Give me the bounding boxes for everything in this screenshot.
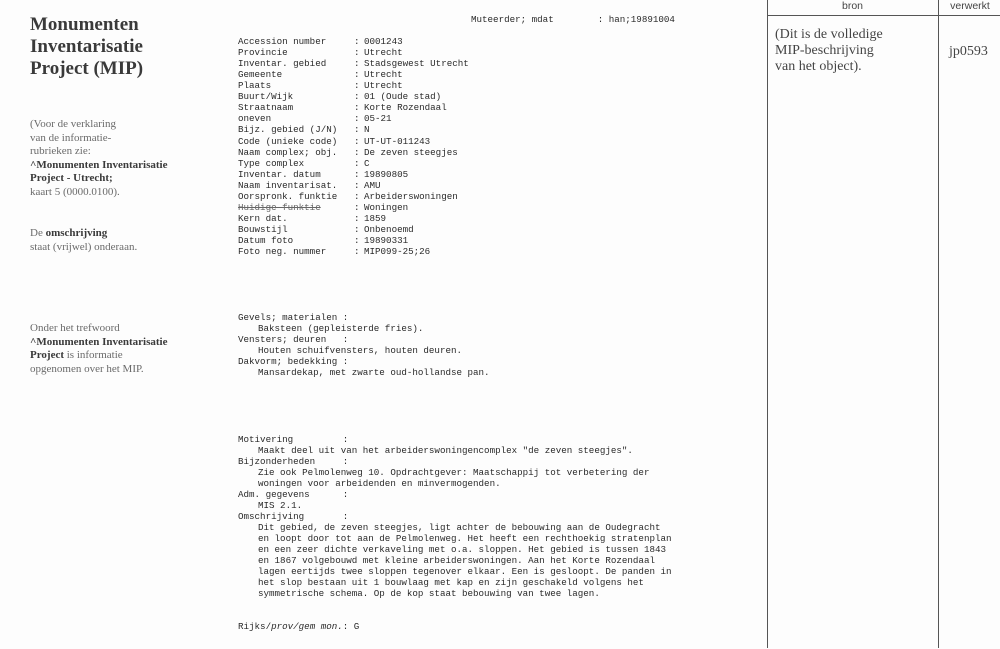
field-separator: :: [354, 136, 364, 147]
field-separator: :: [354, 113, 364, 124]
field-value: Woningen: [364, 202, 408, 213]
field-value: De zeven steegjes: [364, 147, 458, 158]
field-row: Foto neg. nummer:MIP099-25;26: [238, 246, 758, 257]
section-text: en 1867 volgebouwd met kleine arbeidersw…: [238, 555, 758, 566]
section-label: Bijzonderheden :: [238, 456, 758, 467]
document-title: Monumenten Inventarisatie Project (MIP): [30, 14, 230, 80]
field-separator: :: [354, 213, 364, 224]
section-text: lagen eertijds twee sloppen tegenover el…: [238, 566, 758, 577]
field-row: Inventar. datum:19890805: [238, 169, 758, 180]
verwerkt-cell: jp0593: [949, 44, 988, 60]
field-label: Buurt/Wijk: [238, 91, 354, 102]
field-row: Gemeente:Utrecht: [238, 69, 758, 80]
section-text: woningen voor arbeidenden en minvermogen…: [238, 478, 758, 489]
field-row: Oorspronk. funktie:Arbeiderswoningen: [238, 191, 758, 202]
field-label: Plaats: [238, 80, 354, 91]
field-value: 19890805: [364, 169, 408, 180]
note-line: kaart 5 (0000.0100).: [30, 186, 120, 198]
left-panel: Monumenten Inventarisatie Project (MIP) …: [30, 14, 230, 80]
field-value: 01 (Oude stad): [364, 91, 441, 102]
field-row: Type complex:C: [238, 158, 758, 169]
field-row: Straatnaam:Korte Rozendaal: [238, 102, 758, 113]
field-label: Datum foto: [238, 235, 354, 246]
field-value: N: [364, 124, 370, 135]
field-row: Kern dat.:1859: [238, 213, 758, 224]
note-line: rubrieken zie:: [30, 145, 91, 157]
reference-keyword: Project - Utrecht;: [30, 172, 113, 184]
field-row: Accession number:0001243: [238, 36, 758, 47]
footer-value: : G: [343, 621, 360, 632]
field-value: Utrecht: [364, 69, 403, 80]
field-value: Arbeiderswoningen: [364, 191, 458, 202]
side-table: bron verwerkt (Dit is de volledige MIP-b…: [767, 0, 1000, 648]
field-row: Datum foto:19890331: [238, 235, 758, 246]
field-label: Huidige funktie: [238, 202, 354, 213]
field-row: Huidige funktie:Woningen: [238, 202, 758, 213]
note-line: (Voor de verklaring: [30, 118, 116, 130]
section-list-materials: Gevels; materialen :Baksteen (gepleister…: [238, 312, 758, 378]
field-value: Utrecht: [364, 47, 403, 58]
field-separator: :: [354, 246, 364, 257]
footer-italic: prov/gem mon.: [271, 621, 343, 632]
note-text: is informatie: [64, 349, 123, 361]
field-label: Straatnaam: [238, 102, 354, 113]
field-separator: :: [354, 202, 364, 213]
section-label: Motivering :: [238, 434, 758, 445]
field-row: Naam complex; obj.:De zeven steegjes: [238, 147, 758, 158]
field-separator: :: [354, 180, 364, 191]
field-separator: :: [354, 102, 364, 113]
field-list: Accession number:0001243Provincie:Utrech…: [238, 36, 758, 257]
field-label: Provincie: [238, 47, 354, 58]
table-border-middle: [938, 0, 939, 648]
field-separator: :: [354, 124, 364, 135]
section-label: Dakvorm; bedekking :: [238, 356, 758, 367]
section-label: Vensters; deuren :: [238, 334, 758, 345]
section-list-description: Motivering :Maakt deel uit van het arbei…: [238, 434, 758, 600]
field-value: 0001243: [364, 36, 403, 47]
field-row: Code (unieke code):UT-UT-011243: [238, 136, 758, 147]
field-row: Naam inventarisat.:AMU: [238, 180, 758, 191]
column-header-verwerkt: verwerkt: [939, 0, 1000, 12]
field-label: Type complex: [238, 158, 354, 169]
reference-keyword: ^Monumenten Inventarisatie: [30, 159, 167, 171]
field-separator: :: [354, 36, 364, 47]
field-separator: :: [354, 158, 364, 169]
field-separator: :: [354, 69, 364, 80]
field-value: Korte Rozendaal: [364, 102, 447, 113]
field-value: AMU: [364, 180, 381, 191]
field-label: Inventar. datum: [238, 169, 354, 180]
reference-keyword: ^Monumenten Inventarisatie: [30, 336, 167, 348]
field-separator: :: [354, 235, 364, 246]
field-row: Provincie:Utrecht: [238, 47, 758, 58]
section-text: Zie ook Pelmolenweg 10. Opdrachtgever: M…: [238, 467, 758, 478]
field-row: Buurt/Wijk:01 (Oude stad): [238, 91, 758, 102]
monument-status: Rijks/prov/gem mon.: G: [238, 621, 758, 632]
field-label: Kern dat.: [238, 213, 354, 224]
field-separator: :: [354, 58, 364, 69]
field-separator: :: [354, 224, 364, 235]
field-row: Bijz. gebied (J/N):N: [238, 124, 758, 135]
section-label: Adm. gegevens :: [238, 489, 758, 500]
section-label: Omschrijving :: [238, 511, 758, 522]
field-value: 05-21: [364, 113, 392, 124]
record-body: Accession number:0001243Provincie:Utrech…: [238, 14, 758, 644]
table-header-border: [767, 15, 1000, 16]
note-text: De: [30, 227, 46, 239]
footer-prefix: Rijks/: [238, 621, 271, 632]
section-text: Baksteen (gepleisterde fries).: [238, 323, 758, 334]
field-label: Inventar. gebied: [238, 58, 354, 69]
section-text: Houten schuifvensters, houten deuren.: [238, 345, 758, 356]
field-value: Stadsgewest Utrecht: [364, 58, 469, 69]
note-line: van de informatie-: [30, 132, 111, 144]
keyword-note: Onder het trefwoord ^Monumenten Inventar…: [30, 322, 230, 376]
field-separator: :: [354, 91, 364, 102]
field-value: MIP099-25;26: [364, 246, 430, 257]
field-separator: :: [354, 147, 364, 158]
explanation-note: (Voor de verklaring van de informatie- r…: [30, 118, 230, 200]
field-label: Gemeente: [238, 69, 354, 80]
column-header-bron: bron: [767, 0, 938, 12]
note-line: staat (vrijwel) onderaan.: [30, 241, 137, 253]
field-value: C: [364, 158, 370, 169]
field-label: Bouwstijl: [238, 224, 354, 235]
field-label: Code (unieke code): [238, 136, 354, 147]
section-text: en loopt door tot aan de Pelmolenweg. He…: [238, 533, 758, 544]
field-separator: :: [354, 80, 364, 91]
field-row: Inventar. gebied:Stadsgewest Utrecht: [238, 58, 758, 69]
field-row: oneven:05-21: [238, 113, 758, 124]
field-label: Accession number: [238, 36, 354, 47]
bron-cell: (Dit is de volledige MIP-beschrijving va…: [775, 27, 883, 75]
note-line: Onder het trefwoord: [30, 322, 120, 334]
field-label: Foto neg. nummer: [238, 246, 354, 257]
field-value: 19890331: [364, 235, 408, 246]
field-value: UT-UT-011243: [364, 136, 430, 147]
table-border-left: [767, 0, 768, 648]
field-value: Utrecht: [364, 80, 403, 91]
field-separator: :: [354, 169, 364, 180]
note-keyword: omschrijving: [46, 227, 108, 239]
reference-keyword: Project: [30, 349, 64, 361]
section-text: en een zeer dichte verkaveling met o.a. …: [238, 544, 758, 555]
field-label: Oorspronk. funktie: [238, 191, 354, 202]
section-label: Gevels; materialen :: [238, 312, 758, 323]
field-value: 1859: [364, 213, 386, 224]
field-value: Onbenoemd: [364, 224, 414, 235]
section-text: symmetrische schema. Op de kop staat beb…: [238, 588, 758, 599]
section-text: het slop bestaan uit 1 bouwlaag met kap …: [238, 577, 758, 588]
field-separator: :: [354, 47, 364, 58]
description-note: De omschrijving staat (vrijwel) onderaan…: [30, 227, 230, 254]
section-text: MIS 2.1.: [238, 500, 758, 511]
field-label: Naam complex; obj.: [238, 147, 354, 158]
note-line: opgenomen over het MIP.: [30, 363, 144, 375]
field-label: oneven: [238, 113, 354, 124]
field-label: Naam inventarisat.: [238, 180, 354, 191]
section-text: Mansardekap, met zwarte oud-hollandse pa…: [238, 367, 758, 378]
field-row: Plaats:Utrecht: [238, 80, 758, 91]
field-separator: :: [354, 191, 364, 202]
section-text: Maakt deel uit van het arbeiderswoningen…: [238, 445, 758, 456]
field-label: Bijz. gebied (J/N): [238, 124, 354, 135]
section-text: Dit gebied, de zeven steegjes, ligt acht…: [238, 522, 758, 533]
field-row: Bouwstijl:Onbenoemd: [238, 224, 758, 235]
